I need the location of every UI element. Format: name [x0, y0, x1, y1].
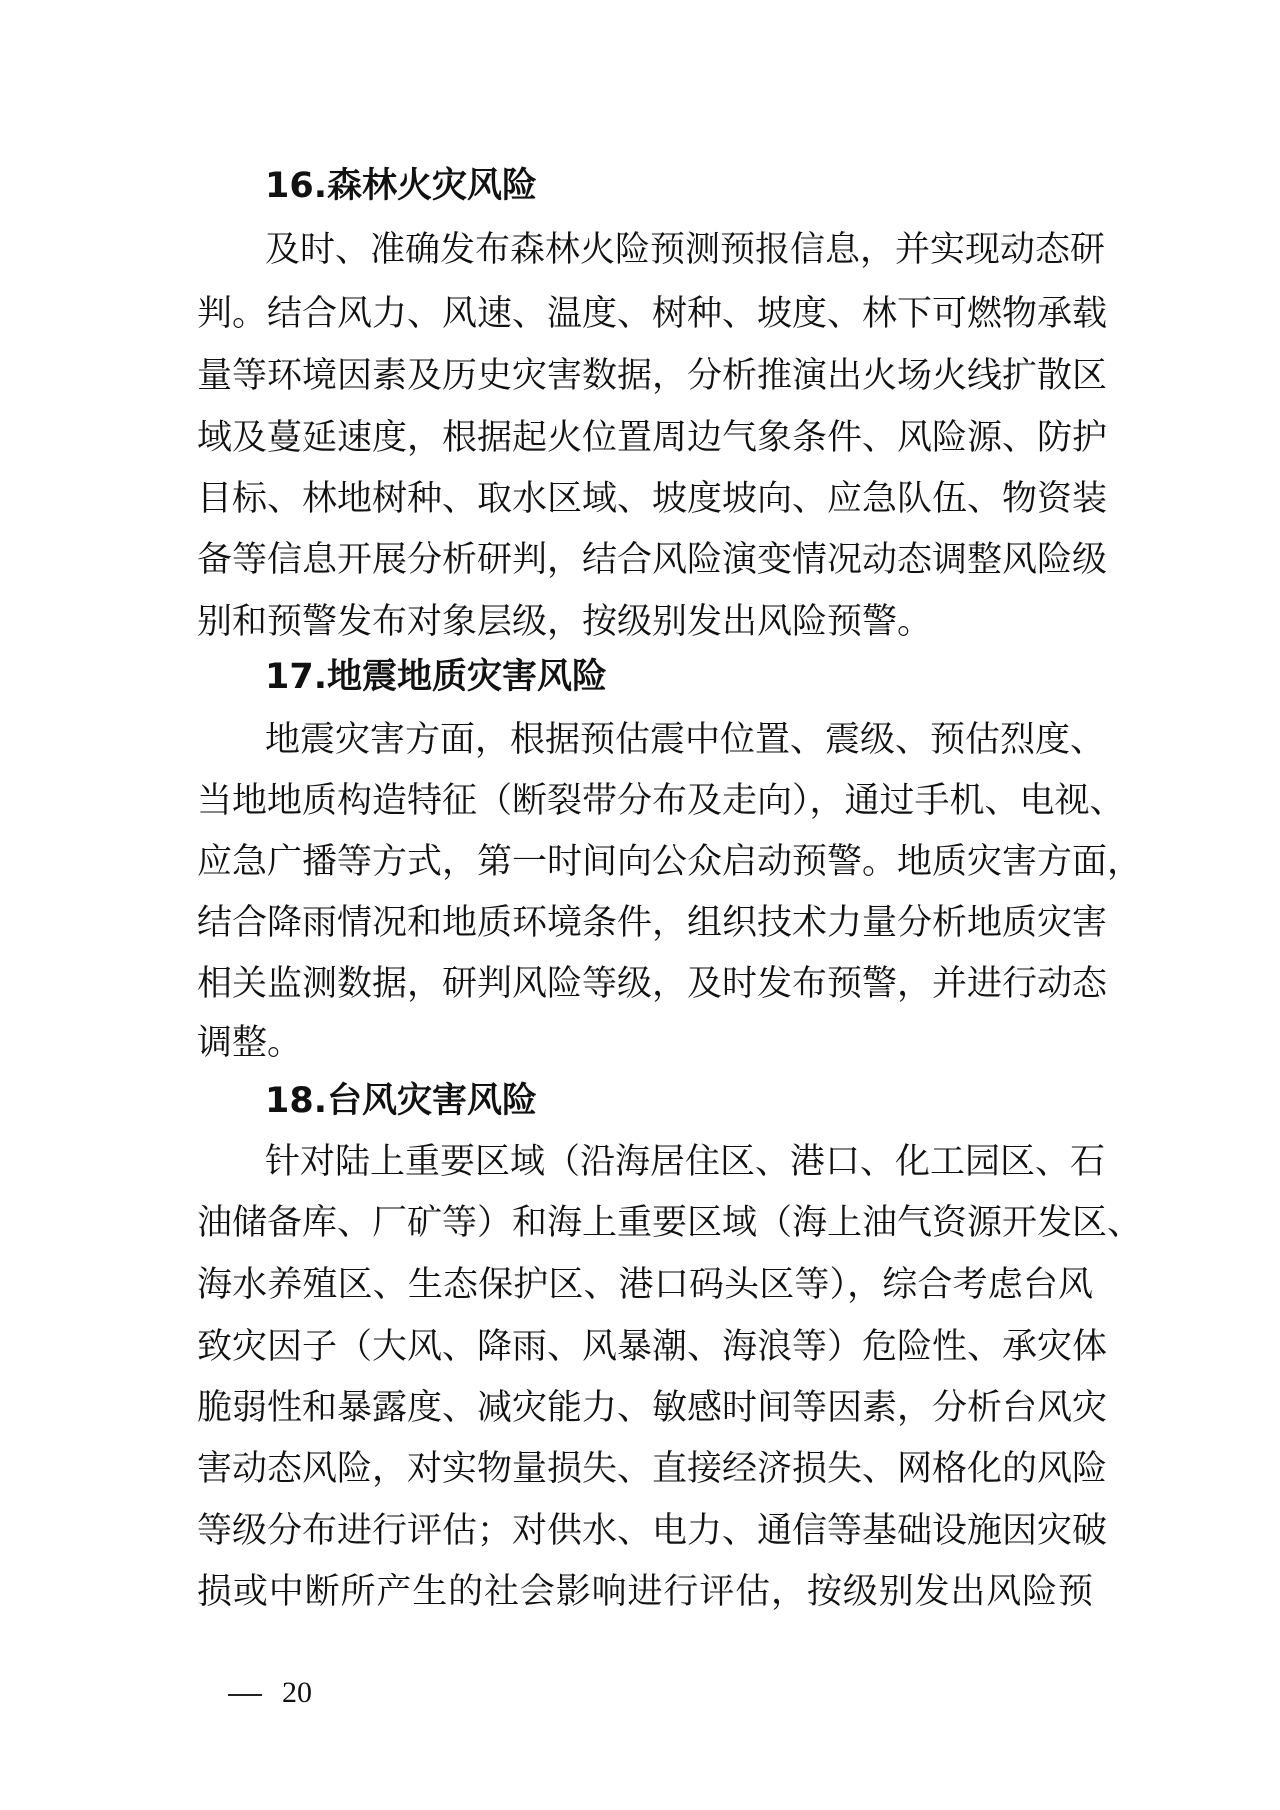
paragraph-line: 等级分布进行评估；对供水、电力、通信等基础设施因灾破	[197, 1509, 1093, 1553]
document-page: 16.森林火灾风险 及时、准确发布森林火险预测预报信息，并实现动态研 判。结合风…	[0, 0, 1280, 1810]
paragraph-line: 害动态风险，对实物量损失、直接经济损失、网格化的风险	[197, 1447, 1093, 1491]
section-heading-18: 18.台风灾害风险	[265, 1079, 537, 1123]
paragraph-line: 损或中断所产生的社会影响进行评估，按级别发出风险预	[197, 1570, 1093, 1614]
paragraph-line: 量等环境因素及历史灾害数据，分析推演出火场火线扩散区	[197, 354, 1093, 398]
page-number: 20	[228, 1676, 312, 1710]
paragraph-line: 别和预警发布对象层级，按级别发出风险预警。	[197, 600, 1093, 644]
paragraph-line: 应急广播等方式，第一时间向公众启动预警。地质灾害方面，	[197, 840, 1093, 884]
paragraph-line: 地震灾害方面，根据预估震中位置、震级、预估烈度、	[265, 718, 1093, 762]
page-number-dash	[228, 1694, 262, 1696]
paragraph-line: 结合降雨情况和地质环境条件，组织技术力量分析地质灾害	[197, 901, 1093, 945]
paragraph-line: 油储备库、厂矿等）和海上重要区域（海上油气资源开发区、	[197, 1201, 1093, 1245]
paragraph-line: 调整。	[197, 1021, 1093, 1065]
paragraph-line: 及时、准确发布森林火险预测预报信息，并实现动态研	[265, 228, 1093, 272]
paragraph-line: 海水养殖区、生态保护区、港口码头区等），综合考虑台风	[197, 1263, 1093, 1307]
paragraph-line: 针对陆上重要区域（沿海居住区、港口、化工园区、石	[265, 1140, 1093, 1184]
page-number-value: 20	[282, 1676, 312, 1709]
paragraph-line: 致灾因子（大风、降雨、风暴潮、海浪等）危险性、承灾体	[197, 1325, 1093, 1369]
paragraph-line: 判。结合风力、风速、温度、树种、坡度、林下可燃物承载	[197, 292, 1093, 336]
paragraph-line: 脆弱性和暴露度、减灾能力、敏感时间等因素，分析台风灾	[197, 1386, 1093, 1430]
section-heading-16: 16.森林火灾风险	[265, 164, 537, 208]
paragraph-line: 相关监测数据，研判风险等级，及时发布预警，并进行动态	[197, 962, 1093, 1006]
paragraph-line: 当地地质构造特征（断裂带分布及走向），通过手机、电视、	[197, 779, 1093, 823]
section-heading-17: 17.地震地质灾害风险	[265, 655, 607, 699]
paragraph-line: 域及蔓延速度，根据起火位置周边气象条件、风险源、防护	[197, 416, 1093, 460]
paragraph-line: 目标、林地树种、取水区域、坡度坡向、应急队伍、物资装	[197, 477, 1093, 521]
paragraph-line: 备等信息开展分析研判，结合风险演变情况动态调整风险级	[197, 538, 1093, 582]
